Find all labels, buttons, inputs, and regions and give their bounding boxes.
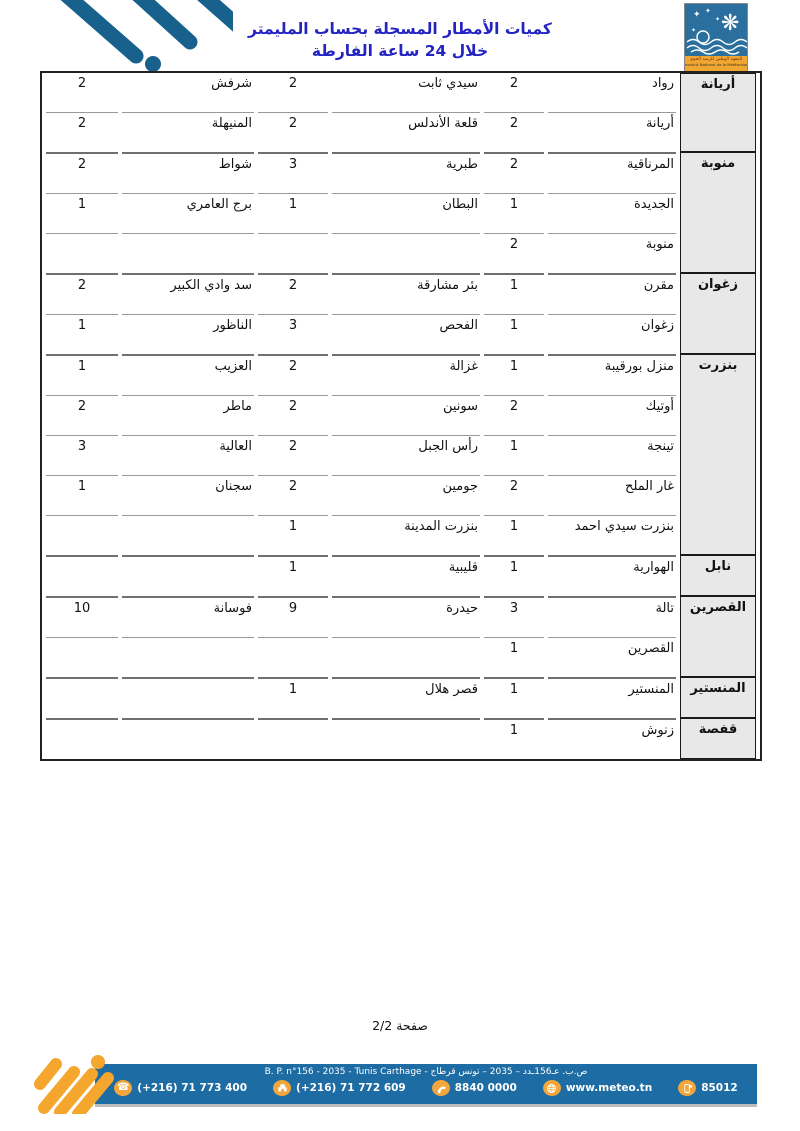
page-number: صفحة 2/2 bbox=[0, 1018, 800, 1033]
svg-text:✦: ✦ bbox=[715, 16, 720, 23]
region-cell: نابل bbox=[680, 555, 756, 596]
rain-value bbox=[258, 718, 328, 759]
address-line: B. P. n°156 - 2035 - Tunis Carthage - ص.… bbox=[95, 1067, 757, 1077]
inm-logo-strip: المعهد الوطني للرصد الجوي Institut Natio… bbox=[685, 56, 747, 72]
rain-value: 1 bbox=[484, 555, 544, 596]
fax-number: (+216) 71 772 609 bbox=[296, 1082, 406, 1094]
region-cell: بنزرت bbox=[680, 354, 756, 555]
rain-value: 2 bbox=[258, 354, 328, 395]
rain-value: 2 bbox=[46, 112, 118, 152]
title-line-1: كميات الأمطار المسجلة بحساب المليمتر bbox=[120, 18, 680, 40]
rain-value: 1 bbox=[484, 435, 544, 475]
station-name bbox=[332, 233, 480, 273]
inm-logo: ✦ ✦ ✦ ✦ ❋ المعهد الوطني للرصد الجوي Inst… bbox=[684, 3, 748, 74]
region-cell: منوبة bbox=[680, 152, 756, 273]
table-row: زغوان مقرن 1 بئر مشارقة 2 سد وادي الكبير… bbox=[46, 273, 756, 314]
station-name: حيدرة bbox=[332, 596, 480, 637]
report-page: كميات الأمطار المسجلة بحساب المليمتر خلا… bbox=[0, 0, 800, 1131]
rain-value: 2 bbox=[258, 273, 328, 314]
rain-value: 2 bbox=[258, 395, 328, 435]
sms-number: 85012 bbox=[701, 1082, 738, 1094]
rain-value: 2 bbox=[258, 475, 328, 515]
station-name bbox=[122, 233, 254, 273]
region-cell: القصرين bbox=[680, 596, 756, 677]
globe-icon bbox=[543, 1080, 561, 1096]
rain-value: 2 bbox=[484, 152, 544, 193]
table-row: تينجة 1 رأس الجبل 2 العالية 3 bbox=[46, 435, 756, 475]
station-name: أوتيك bbox=[548, 395, 676, 435]
rain-value: 2 bbox=[484, 73, 544, 112]
station-name bbox=[122, 677, 254, 718]
website-url: www.meteo.tn bbox=[566, 1082, 652, 1094]
station-name: زغوان bbox=[548, 314, 676, 354]
station-name: زنوش bbox=[548, 718, 676, 759]
rain-value: 1 bbox=[484, 354, 544, 395]
rain-value: 1 bbox=[46, 193, 118, 233]
station-name: العزيب bbox=[122, 354, 254, 395]
rain-value: 3 bbox=[484, 596, 544, 637]
station-name: سد وادي الكبير bbox=[122, 273, 254, 314]
station-name bbox=[122, 555, 254, 596]
table-row: أريانة رواد 2 سيدي ثابت 2 شرفش 2 bbox=[46, 73, 756, 112]
rain-value: 2 bbox=[484, 475, 544, 515]
table-row: بنزرت سيدي احمد 1 بنزرت المدينة 1 bbox=[46, 515, 756, 555]
table-row: غار الملح 2 جومين 2 سجنان 1 bbox=[46, 475, 756, 515]
station-name: منزل بورقيبة bbox=[548, 354, 676, 395]
station-name: الناظور bbox=[122, 314, 254, 354]
station-name: سجنان bbox=[122, 475, 254, 515]
station-name: سيدي ثابت bbox=[332, 73, 480, 112]
svg-text:✦: ✦ bbox=[693, 10, 701, 20]
station-name bbox=[122, 718, 254, 759]
station-name: سونين bbox=[332, 395, 480, 435]
svg-text:✦: ✦ bbox=[705, 7, 711, 15]
station-name: جومين bbox=[332, 475, 480, 515]
table-row: زغوان 1 الفحص 3 الناظور 1 bbox=[46, 314, 756, 354]
station-name: بنزرت سيدي احمد bbox=[548, 515, 676, 555]
rainfall-table: أريانة رواد 2 سيدي ثابت 2 شرفش 2 أريانة … bbox=[40, 71, 762, 761]
table-row: منوبة المرناقية 2 طبرية 3 شواط 2 bbox=[46, 152, 756, 193]
rain-value: 2 bbox=[258, 73, 328, 112]
station-name: غار الملح bbox=[548, 475, 676, 515]
table-row: بنزرت منزل بورقيبة 1 غزالة 2 العزيب 1 bbox=[46, 354, 756, 395]
station-name: الهوارية bbox=[548, 555, 676, 596]
station-name: بئر مشارقة bbox=[332, 273, 480, 314]
station-name: شواط bbox=[122, 152, 254, 193]
station-name: المنستير bbox=[548, 677, 676, 718]
table-row: منوبة 2 bbox=[46, 233, 756, 273]
rain-value bbox=[258, 637, 328, 677]
rain-value: 1 bbox=[484, 718, 544, 759]
rain-value: 1 bbox=[484, 677, 544, 718]
page-title: كميات الأمطار المسجلة بحساب المليمتر خلا… bbox=[120, 18, 680, 63]
rain-value bbox=[46, 718, 118, 759]
table-row: القصرين 1 bbox=[46, 637, 756, 677]
station-name: قصر هلال bbox=[332, 677, 480, 718]
station-name: مقرن bbox=[548, 273, 676, 314]
station-name: طبرية bbox=[332, 152, 480, 193]
phone-number: (+216) 71 773 400 bbox=[137, 1082, 247, 1094]
region-cell: المنستير bbox=[680, 677, 756, 718]
station-name: القصرين bbox=[548, 637, 676, 677]
station-name: رأس الجبل bbox=[332, 435, 480, 475]
table-row: الجديدة 1 البطان 1 برج العامري 1 bbox=[46, 193, 756, 233]
rain-value: 1 bbox=[484, 193, 544, 233]
rain-value: 1 bbox=[46, 314, 118, 354]
footer-logo-dot bbox=[91, 1055, 105, 1069]
station-name: فوسانة bbox=[122, 596, 254, 637]
rain-value: 1 bbox=[484, 314, 544, 354]
rain-value: 1 bbox=[484, 637, 544, 677]
rain-value: 3 bbox=[258, 152, 328, 193]
region-cell: قفصة bbox=[680, 718, 756, 759]
table-row: المنستير المنستير 1 قصر هلال 1 bbox=[46, 677, 756, 718]
mobile-icon bbox=[678, 1080, 696, 1096]
station-name: ماطر bbox=[122, 395, 254, 435]
logo-snowflake-icon: ❋ bbox=[721, 11, 739, 36]
station-name: الجديدة bbox=[548, 193, 676, 233]
rain-value bbox=[46, 637, 118, 677]
fax-icon bbox=[273, 1080, 291, 1096]
station-name: المنيهلة bbox=[122, 112, 254, 152]
svg-text:✦: ✦ bbox=[691, 27, 696, 34]
rain-value bbox=[46, 555, 118, 596]
table-row: القصرين تالة 3 حيدرة 9 فوسانة 10 bbox=[46, 596, 756, 637]
region-cell: أريانة bbox=[680, 73, 756, 152]
region-cell: زغوان bbox=[680, 273, 756, 354]
station-name: قلعة الأندلس bbox=[332, 112, 480, 152]
rain-value: 2 bbox=[46, 395, 118, 435]
rain-value: 1 bbox=[258, 677, 328, 718]
rain-value: 2 bbox=[46, 273, 118, 314]
table-row: أريانة 2 قلعة الأندلس 2 المنيهلة 2 bbox=[46, 112, 756, 152]
footer-bar: B. P. n°156 - 2035 - Tunis Carthage - ص.… bbox=[95, 1064, 757, 1104]
rain-value: 2 bbox=[484, 395, 544, 435]
station-name: أريانة bbox=[548, 112, 676, 152]
station-name: المرناقية bbox=[548, 152, 676, 193]
station-name: رواد bbox=[548, 73, 676, 112]
rain-value: 2 bbox=[258, 112, 328, 152]
rain-value bbox=[46, 515, 118, 555]
rain-value: 1 bbox=[258, 193, 328, 233]
table-row: أوتيك 2 سونين 2 ماطر 2 bbox=[46, 395, 756, 435]
station-name: الفحص bbox=[332, 314, 480, 354]
title-line-2: خلال 24 ساعة الفارطة bbox=[120, 40, 680, 62]
website-contact: www.meteo.tn bbox=[543, 1080, 652, 1096]
rain-value: 1 bbox=[484, 515, 544, 555]
rain-value: 2 bbox=[46, 73, 118, 112]
rain-value: 1 bbox=[46, 354, 118, 395]
table-row: قفصة زنوش 1 bbox=[46, 718, 756, 759]
rain-value: 2 bbox=[484, 233, 544, 273]
station-name: برج العامري bbox=[122, 193, 254, 233]
fax-contact: (+216) 71 772 609 bbox=[273, 1080, 406, 1096]
rain-value: 3 bbox=[46, 435, 118, 475]
rain-value: 1 bbox=[258, 515, 328, 555]
station-name: قليبية bbox=[332, 555, 480, 596]
station-name: العالية bbox=[122, 435, 254, 475]
rain-value bbox=[258, 233, 328, 273]
station-name bbox=[332, 718, 480, 759]
rain-value: 2 bbox=[484, 112, 544, 152]
rain-value: 1 bbox=[258, 555, 328, 596]
station-name bbox=[332, 637, 480, 677]
rain-value: 2 bbox=[46, 152, 118, 193]
rain-value: 1 bbox=[46, 475, 118, 515]
rain-value: 3 bbox=[258, 314, 328, 354]
rain-value: 1 bbox=[484, 273, 544, 314]
sms-contact: 85012 bbox=[678, 1080, 738, 1096]
logo-stars: ✦ ✦ ✦ ✦ bbox=[691, 7, 720, 34]
station-name: شرفش bbox=[122, 73, 254, 112]
station-name bbox=[122, 637, 254, 677]
rain-value: 2 bbox=[258, 435, 328, 475]
station-name: البطان bbox=[332, 193, 480, 233]
rain-value bbox=[46, 677, 118, 718]
station-name: غزالة bbox=[332, 354, 480, 395]
contacts-row: ☎ (+216) 71 773 400 (+216) 71 772 609 88… bbox=[95, 1080, 757, 1096]
station-name: منوبة bbox=[548, 233, 676, 273]
rain-value bbox=[46, 233, 118, 273]
station-name bbox=[122, 515, 254, 555]
hotline-contact: 8840 0000 bbox=[432, 1080, 517, 1096]
station-name: بنزرت المدينة bbox=[332, 515, 480, 555]
rain-value: 9 bbox=[258, 596, 328, 637]
station-name: تينجة bbox=[548, 435, 676, 475]
inm-name-fr: Institut National de la Météorologie bbox=[685, 63, 747, 67]
rain-value: 10 bbox=[46, 596, 118, 637]
station-name: تالة bbox=[548, 596, 676, 637]
hotline-number: 8840 0000 bbox=[455, 1082, 517, 1094]
footer-stripes-logo bbox=[30, 1050, 135, 1114]
table-row: نابل الهوارية 1 قليبية 1 bbox=[46, 555, 756, 596]
inm-logo-emblem: ✦ ✦ ✦ ✦ ❋ bbox=[685, 4, 747, 56]
handset-icon bbox=[432, 1080, 450, 1096]
